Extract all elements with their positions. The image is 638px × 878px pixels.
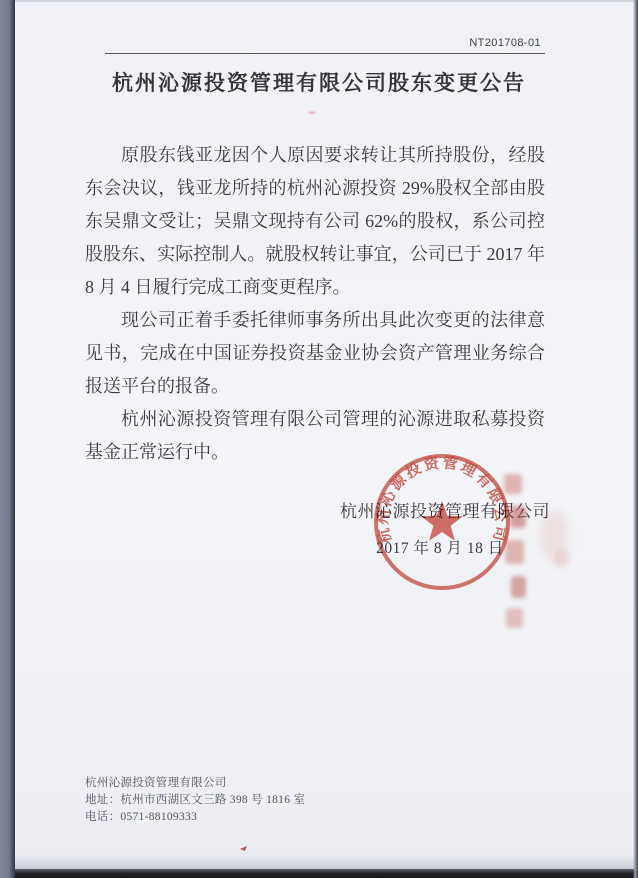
scan-edge-top [15,0,638,2]
document-body: 原股东钱亚龙因个人原因要求转让其所持股份，经股东会决议，钱亚龙所持的杭州沁源投资… [85,139,545,469]
scanned-document-page: NT201708-01 杭州沁源投资管理有限公司股东变更公告 原股东钱亚龙因个人… [0,0,638,878]
ink-speck [308,111,316,114]
scan-edge-right [633,0,638,878]
footer-phone: 电话：0571-88109333 [85,809,305,826]
scan-edge-bottom-shadow [15,855,638,869]
ink-blob [554,550,570,568]
ink-blob [506,608,523,628]
ink-speck [240,846,247,851]
document-footer: 杭州沁源投资管理有限公司 地址：杭州市西湖区文三路 398 号 1816 室 电… [85,775,305,826]
footer-address: 地址：杭州市西湖区文三路 398 号 1816 室 [85,792,305,809]
scan-edge-left [0,0,15,878]
scan-edge-bottom [0,869,638,878]
header-rule-line [105,53,545,54]
paragraph-2: 现公司正着手委托律师事务所出具此次变更的法律意见书，完成在中国证券投资基金业协会… [85,304,545,403]
star-icon [421,501,463,541]
page-title: 杭州沁源投资管理有限公司股东变更公告 [0,67,638,97]
doc-number: NT201708-01 [469,37,541,49]
footer-company: 杭州沁源投资管理有限公司 [85,775,305,792]
paragraph-1: 原股东钱亚龙因个人原因要求转让其所持股份，经股东会决议，钱亚龙所持的杭州沁源投资… [85,139,545,304]
company-seal-stamp: 杭州沁源投资管理有限公司 [367,447,517,597]
